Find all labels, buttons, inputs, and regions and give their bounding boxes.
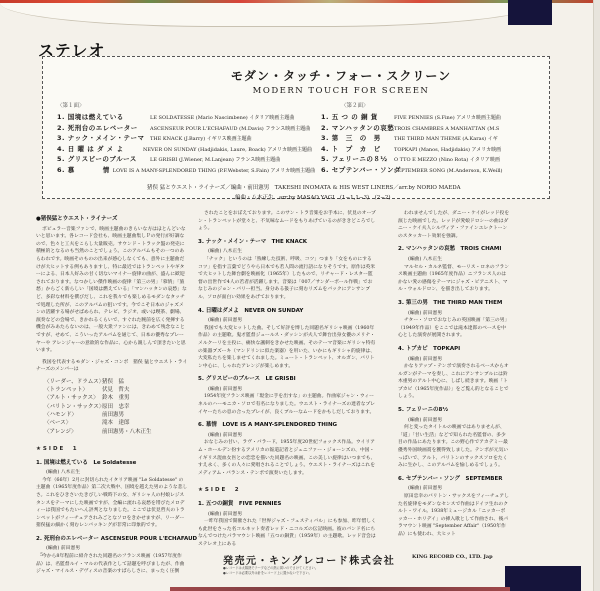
track-note-heading: 4. 日曜はダメよ NEVER ON SUNDAY xyxy=(198,308,376,316)
track-title-jp: 4. 日 曜 は ダ メ よ xyxy=(57,144,140,153)
member-role: 〈トランペット〉 xyxy=(44,386,102,394)
arranger-note: (編曲) 八木正生 xyxy=(398,256,510,264)
track-title-en: SEPTEMBER SONG (M.Anderson, K.Weill) xyxy=(394,168,502,174)
track-title-en: FIVE PENNIES (S.Fine) アメリカ映画主題曲 xyxy=(394,114,501,121)
album-title-english: MODERN TOUCH FOR SCREEN xyxy=(43,86,549,96)
track-row: 5. フェリーニの８½O TTO E MEZZO (Nino Rota) イタリ… xyxy=(321,154,546,165)
member-row: 〈アルト・サックス〉鈴木 重男 xyxy=(36,394,188,402)
side-1-label: 〈第１面〉 xyxy=(57,101,312,109)
track-note-body: チター・ソロでおなじみの英国映画「第三の男」（1949年作品）をここでは滝本達郎… xyxy=(398,317,510,340)
arranger-note: (編曲) 前田憲男 xyxy=(398,417,510,425)
track-title-en: LE SOLDATESSE (Mario Nascimbene) イタリア映画主… xyxy=(150,114,294,121)
arranger-note: (編曲) 前田憲男 xyxy=(398,356,510,364)
track-note-heading: 1. 五つの銅貨 FIVE PENNIES xyxy=(198,501,376,509)
member-row: 〈ハモンド〉前田憲男 xyxy=(36,411,188,419)
track-row: 4. ト プ カ ピTOPKAPI (Manos, Hadjidakis) アメ… xyxy=(321,144,546,155)
track-title-en: THE THIRD MAN THEME (A.Karas) イギ xyxy=(394,135,498,142)
arranger-note: (編曲) 八木正生 xyxy=(36,469,188,477)
members-intro: 我国を代表するモダン・ジャズ・コンボ 猪俣 猛とウエスト・ライナーズのメンバーは xyxy=(36,359,188,374)
page-number: 5 xyxy=(40,552,43,558)
member-row: 〈ベース〉滝本 達郎 xyxy=(36,419,188,427)
arranger-note: (編曲) 八木正生 xyxy=(198,248,376,256)
cover-art-bottom-edge xyxy=(170,587,510,591)
member-role: 〈ハモンド〉 xyxy=(44,411,102,419)
track-note-body: マルセル・カルネ監督、モーリス・ロネのフランス映画主題曲（1965年度作品）ニフ… xyxy=(398,264,510,294)
track-note-heading: 1. 国境は燃えている Le Soldatesse xyxy=(36,460,188,468)
track-title-en: TROIS CHAMBRES A MANHATTAN (M.S xyxy=(394,126,499,132)
arranger-credits: 編曲・八木正生 arr.by MASAO YAGI (1−1,1−3) (2−2… xyxy=(235,193,391,201)
track-title-en: TOPKAPI (Manos, Hadjidakis) アメリカ映画 xyxy=(394,146,501,153)
track-title-jp: 5. フェリーニの８½ xyxy=(321,154,391,163)
track-note-heading: 6. 慕情 LOVE IS A MANY-SPLENDORED THING xyxy=(198,422,376,430)
track-title-jp: 6. 慕 情 xyxy=(57,165,110,174)
continued-paragraph: されたことをおぼえております。このサン・トラ音楽をお手本に、伏見のオープン・トラ… xyxy=(198,210,376,233)
member-row: 〈アレンジ〉前田憲男・八木正生 xyxy=(36,428,188,436)
member-name: 伏見 哲夫 xyxy=(102,386,130,394)
track-row: 4. 日 曜 は ダ メ よNEVER ON SUNDAY (Hadjidaki… xyxy=(57,144,312,155)
continued-paragraph: われませんでしたが、ダニー・ケイがレッド役を演じた映画でした。レッドが愛娘ドロシ… xyxy=(398,210,510,240)
member-role: 〈バリトン・サックス〉 xyxy=(44,403,102,411)
arranger-note: (編曲) 前田憲男 xyxy=(398,310,510,318)
member-row: 〈リーダー、ドラムス〉猪俣 猛 xyxy=(36,378,188,386)
track-title-en: ASCENSEUR POUR L'ECHAFAUD (M.Davis) フランス… xyxy=(150,125,310,132)
track-title-en: O TTO E MEZZO (Nino Rota) イタリア映画 xyxy=(394,156,500,163)
publisher-name: 発売元・キングレコード株式会社 xyxy=(223,552,395,567)
track-note-heading: 5. フェリーニの8½ xyxy=(398,407,510,415)
track-note-heading: 3. 第三の男 THE THIRD MAN THEM xyxy=(398,300,510,308)
side-1-marker: ★SIDE 1 xyxy=(36,446,188,454)
member-name: 原田 忠幸 xyxy=(102,403,130,411)
sleeve-spine xyxy=(593,0,600,591)
navy-tab-bottom xyxy=(505,566,581,591)
track-title-en: LOVE IS A MANY-SPLENDORED THING (P.F.Web… xyxy=(113,167,315,174)
member-name: 猪俣 猛 xyxy=(102,378,124,386)
side-2-label: 〈第２面〉 xyxy=(341,101,546,109)
care-notice-line: ●レコードは必要以外は針をレコード上に置かないで下さい。 xyxy=(223,571,353,576)
album-title-japanese: モダン・タッチ・フォー・スクリーン xyxy=(43,67,549,84)
track-note-heading: 6. セプテンバー・ソング SEPTEMBER xyxy=(398,476,510,484)
track-row: 6. 慕 情LOVE IS A MANY-SPLENDORED THING (P… xyxy=(57,165,312,176)
track-title-jp: 1. 五 つ の 銅 貨 xyxy=(321,112,391,121)
company-name-english: KING RECORD CO., LTD. Jap xyxy=(412,554,493,560)
track-note-heading: 2. 死刑台のエレベーター ASCENSEUR POUR L'ECHAFAUD xyxy=(36,536,188,544)
member-role: 〈アレンジ〉 xyxy=(44,428,102,436)
side-2-tracklist: 〈第２面〉 1. 五 つ の 銅 貨FIVE PENNIES (S.Fine) … xyxy=(321,101,546,175)
arranger-note: (編曲) 前田憲男 xyxy=(198,386,376,394)
track-row: 5. グリスビーのブルースLE GRISBI (J.Wiener, M.Lanj… xyxy=(57,154,312,165)
track-note-body: 今から8年程前に紹介された同題名のフランス映画（1957年度作品）は、名監督ルイ… xyxy=(36,553,188,576)
track-title-jp: 6. セプテンバー・ソング xyxy=(321,165,391,174)
side-1-tracklist: 〈第１面〉 1. 国境は燃えているLE SOLDATESSE (Mario Na… xyxy=(57,101,312,175)
track-note-heading: 2. マンハッタンの哀愁 TROIS CHAMI xyxy=(398,246,510,254)
member-name: 鈴木 重男 xyxy=(102,394,130,402)
member-name: 滝本 達郎 xyxy=(102,419,130,427)
intro-paragraph: ポピュラー音楽ファンで、映画主題曲のきらいな方はほとんどいないと思います。各レコ… xyxy=(36,226,188,355)
performer-credits: 猪俣 猛とウエスト・ライナーズ／編曲・前田憲男 TAKESHI INOMATA … xyxy=(147,183,461,191)
arranger-note: (編曲) 前田憲男 xyxy=(398,485,510,493)
track-row: 2. マンハッタンの哀愁TROIS CHAMBRES A MANHATTAN (… xyxy=(321,123,546,134)
track-note-body: 今年（66年）2月に封切られたイタリア映画 "Le Soldatesse" の主… xyxy=(36,477,188,530)
sleeve-opening-curve xyxy=(0,3,540,27)
member-role: 〈アルト・サックス〉 xyxy=(44,394,102,402)
track-title-jp: 1. 国境は燃えている xyxy=(57,112,147,121)
track-note-body: 1954年度フランス映画「現金に手を出すな」の主題曲。作曲家ジャン・ウィーネルの… xyxy=(198,393,376,416)
track-listing-box: モダン・タッチ・フォー・スクリーン MODERN TOUCH FOR SCREE… xyxy=(42,56,550,199)
track-title-en: NEVER ON SUNDAY (Hadjidakis, Laure, Boac… xyxy=(143,146,312,153)
track-note-heading: 5. グリスビーのブルース LE GRISBI xyxy=(198,376,376,384)
member-role: 〈ベース〉 xyxy=(44,419,102,427)
care-notice: ●レコードは太陽熱でテープなどの熱に弱いのでさけてください。 ●レコードは必要以… xyxy=(223,566,353,576)
arranger-note: (編曲) 前田憲男 xyxy=(198,317,376,325)
arranger-note: (編曲) 前田憲男 xyxy=(198,432,376,440)
liner-notes-column-3: われませんでしたが、ダニー・ケイがレッド役を演じた映画でした。レッドが愛娘ドロシ… xyxy=(398,210,510,543)
side-2-marker: ★SIDE 2 xyxy=(198,487,376,495)
track-row: 2. 死刑台のエレベーターASCENSEUR POUR L'ECHAFAUD (… xyxy=(57,123,312,134)
track-title-jp: 2. マンハッタンの哀愁 xyxy=(321,123,391,132)
track-note-heading: 3. ナック・メイン・テーマ THE KNACK xyxy=(198,239,376,247)
track-row: 3. 第 三 の 男THE THIRD MAN THEME (A.Karas) … xyxy=(321,133,546,144)
track-note-body: かなりアップ・テンポで演奏されるベースからオルガンがテーマを奏し、これにアンサン… xyxy=(398,363,510,401)
track-title-en: THE KNACK (J.Barry) イギリス映画主題曲 xyxy=(150,135,252,142)
member-role: 〈リーダー、ドラムス〉 xyxy=(44,378,102,386)
track-note-body: 我国でも大変ヒットした曲。そして好評を博した同題名ギリシャ映画（1960年作品）… xyxy=(198,325,376,371)
liner-notes-column-1: ●猪俣猛とウエスト・ライナーズ ポピュラー音楽ファンで、映画主題曲のきらいな方は… xyxy=(36,210,188,580)
track-note-body: 何と変ったタイトルの映画ではありませんが、「道」「甘い生活」などで知られた名監督… xyxy=(398,424,510,470)
track-row: 1. 五 つ の 銅 貨FIVE PENNIES (S.Fine) アメリカ映画… xyxy=(321,112,546,123)
track-note-body: 一昨年我国で開催された「世界ジャズ・フェスティバル」にも参加、昨年惜しくも此世を… xyxy=(198,518,376,548)
track-title-jp: 2. 死刑台のエレベーター xyxy=(57,123,147,132)
track-note-body: 「ナック」というのは「熟練した技術、呼吸、コツ」つまり「女をものにするコツ」を指… xyxy=(198,256,376,302)
arranger-note: (編曲) 前田憲男 xyxy=(36,545,188,553)
track-row: 1. 国境は燃えているLE SOLDATESSE (Mario Nascimbe… xyxy=(57,112,312,123)
track-title-jp: 3. ナック・メイン・テーマ xyxy=(57,133,147,142)
track-note-body: おなじみの甘い、ラヴ・バラード。1955年度20世紀フォックス作品。ウイリアム・… xyxy=(198,439,376,477)
arranger-note: (編曲) 前田憲男 xyxy=(198,511,376,519)
track-row: 6. セプテンバー・ソングSEPTEMBER SONG (M.Anderson,… xyxy=(321,165,546,176)
liner-notes-column-2: されたことをおぼえております。このサン・トラ音楽をお手本に、伏見のオープン・トラ… xyxy=(198,210,376,553)
track-title-jp: 5. グリスビーのブルース xyxy=(57,154,147,163)
track-title-jp: 4. ト プ カ ピ xyxy=(321,144,391,153)
member-row: 〈トランペット〉伏見 哲夫 xyxy=(36,386,188,394)
track-note-body: 原田忠幸のバリトン・サックスをフィーチュアした名旋律をモダンなセンスで作曲はドイ… xyxy=(398,493,510,539)
member-name: 前田憲男 xyxy=(102,411,124,419)
band-heading: ●猪俣猛とウエスト・ライナーズ xyxy=(36,216,188,224)
member-row: 〈バリトン・サックス〉原田 忠幸 xyxy=(36,403,188,411)
track-row: 3. ナック・メイン・テーマTHE KNACK (J.Barry) イギリス映画… xyxy=(57,133,312,144)
member-name: 前田憲男・八木正生 xyxy=(102,428,152,436)
track-note-heading: 4. トプカピ TOPKAPI xyxy=(398,346,510,354)
navy-tab-top xyxy=(508,0,552,25)
track-title-en: LE GRISBI (J.Wiener, M.Lanjean) フランス映画主題… xyxy=(150,156,280,163)
track-title-jp: 3. 第 三 の 男 xyxy=(321,133,391,142)
